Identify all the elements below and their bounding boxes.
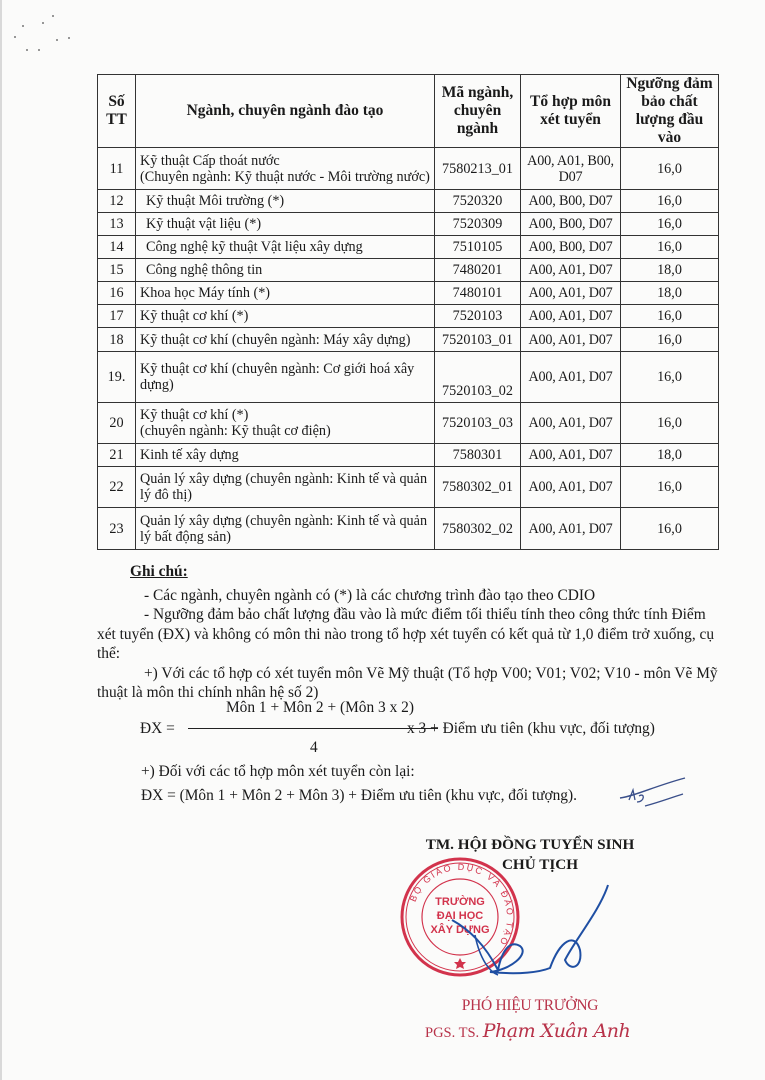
row-combo: A00, A01, D07 [521, 328, 621, 352]
table-row: 15Công nghệ thông tin7480201A00, A01, D0… [98, 259, 719, 282]
row-code: 7480201 [435, 259, 521, 282]
header-major: Ngành, chuyên ngành đào tạo [136, 75, 435, 148]
combo-line1: A00, A01, B00, [527, 153, 614, 169]
row-code: 7580302_01 [435, 467, 521, 508]
row-combo: A00, A01, D07 [521, 259, 621, 282]
row-stt: 14 [98, 236, 136, 259]
row-combo: A00, A01, D07 [521, 467, 621, 508]
row-code: 7520103_01 [435, 328, 521, 352]
formula-art: ĐX = Môn 1 + Môn 2 + (Môn 3 x 2) 4 x 3 +… [140, 699, 700, 759]
row-threshold: 16,0 [621, 305, 719, 328]
row-major: Công nghệ thông tin [136, 259, 435, 282]
row-threshold: 16,0 [621, 190, 719, 213]
notes-section: Ghi chú: - Các ngành, chuyên ngành có (*… [97, 562, 722, 703]
table-row: 14Công nghệ kỹ thuật Vật liệu xây dựng75… [98, 236, 719, 259]
row-code: 7520309 [435, 213, 521, 236]
row-threshold: 16,0 [621, 352, 719, 403]
combo-line2: D07 [559, 169, 583, 185]
row-threshold: 18,0 [621, 282, 719, 305]
row-major: Kỹ thuật cơ khí (chuyên ngành: Cơ giới h… [136, 352, 435, 403]
row-major: Kỹ thuật cơ khí (*) [136, 305, 435, 328]
major-name-line1: Kỹ thuật Môi trường (*) [146, 193, 284, 209]
table-row: 19.Kỹ thuật cơ khí (chuyên ngành: Cơ giớ… [98, 352, 719, 403]
signer-prefix: PGS. TS. [425, 1025, 479, 1041]
combo-line1: A00, A01, D07 [528, 285, 612, 301]
row-code: 7580213_01 [435, 148, 521, 190]
row-threshold: 16,0 [621, 508, 719, 550]
row-stt: 20 [98, 403, 136, 444]
row-major: Công nghệ kỹ thuật Vật liệu xây dựng [136, 236, 435, 259]
row-threshold: 18,0 [621, 444, 719, 467]
row-code: 7520103_03 [435, 403, 521, 444]
row-major: Kinh tế xây dựng [136, 444, 435, 467]
note-case-other: +) Đối với các tổ hợp môn xét tuyển còn … [141, 763, 415, 781]
major-name-line1: Khoa học Máy tính (*) [140, 285, 270, 301]
row-threshold: 18,0 [621, 259, 719, 282]
header-stt: Số TT [98, 75, 136, 148]
signer-position: PHÓ HIỆU TRƯỞNG [380, 997, 680, 1015]
scan-specks [0, 0, 80, 60]
row-code: 7580301 [435, 444, 521, 467]
row-code: 7580302_02 [435, 508, 521, 550]
row-threshold: 16,0 [621, 236, 719, 259]
row-major: Kỹ thuật cơ khí (chuyên ngành: Máy xây d… [136, 328, 435, 352]
row-stt: 22 [98, 467, 136, 508]
row-threshold: 16,0 [621, 148, 719, 190]
table-row: 23Quản lý xây dựng (chuyên ngành: Kinh t… [98, 508, 719, 550]
row-stt: 23 [98, 508, 136, 550]
row-major: Khoa học Máy tính (*) [136, 282, 435, 305]
formula-numerator: Môn 1 + Môn 2 + (Môn 3 x 2) [226, 699, 414, 717]
table-row: 17Kỹ thuật cơ khí (*)7520103A00, A01, D0… [98, 305, 719, 328]
initials-mark [615, 776, 695, 816]
combo-line1: A00, A01, D07 [528, 332, 612, 348]
formula-rhs: x 3 + Điểm ưu tiên (khu vực, đối tượng) [407, 720, 655, 738]
row-code: 7520103 [435, 305, 521, 328]
row-code: 7520320 [435, 190, 521, 213]
combo-line1: A00, A01, D07 [528, 369, 612, 385]
row-combo: A00, A01, D07 [521, 352, 621, 403]
row-threshold: 16,0 [621, 403, 719, 444]
row-stt: 11 [98, 148, 136, 190]
table-row: 20Kỹ thuật cơ khí (*)(chuyên ngành: Kỹ t… [98, 403, 719, 444]
row-major: Kỹ thuật Cấp thoát nước(Chuyên ngành: Kỹ… [136, 148, 435, 190]
major-name-line1: Công nghệ thông tin [146, 262, 262, 278]
row-combo: A00, B00, D07 [521, 190, 621, 213]
row-threshold: 16,0 [621, 328, 719, 352]
council-title: TM. HỘI ĐỒNG TUYỂN SINH [380, 835, 680, 855]
major-name-line1: Quản lý xây dựng (chuyên ngành: Kinh tế … [140, 471, 427, 487]
combo-line1: A00, A01, D07 [528, 521, 612, 537]
combo-line1: A00, A01, D07 [528, 447, 612, 463]
combo-line1: A00, B00, D07 [528, 193, 612, 209]
row-major: Quản lý xây dựng (chuyên ngành: Kinh tế … [136, 508, 435, 550]
row-code: 7520103_02 [435, 352, 521, 403]
notes-title: Ghi chú: [130, 562, 188, 582]
note-threshold: - Ngưỡng đảm bảo chất lượng đầu vào là m… [97, 605, 722, 664]
fraction-bar [188, 728, 438, 729]
major-name-line2: lý bất động sản) [140, 529, 231, 545]
row-stt: 16 [98, 282, 136, 305]
table-row: 18Kỹ thuật cơ khí (chuyên ngành: Máy xây… [98, 328, 719, 352]
row-combo: A00, A01, D07 [521, 403, 621, 444]
table-row: 11Kỹ thuật Cấp thoát nước(Chuyên ngành: … [98, 148, 719, 190]
major-name-line1: Kỹ thuật cơ khí (chuyên ngành: Máy xây d… [140, 332, 411, 348]
row-stt: 21 [98, 444, 136, 467]
signer-name: PGS. TS. Phạm Xuân Anh [425, 1020, 630, 1042]
table-row: 22Quản lý xây dựng (chuyên ngành: Kinh t… [98, 467, 719, 508]
row-combo: A00, A01, D07 [521, 508, 621, 550]
combo-line1: A00, A01, D07 [528, 415, 612, 431]
formula-denominator: 4 [310, 739, 318, 757]
row-combo: A00, A01, B00,D07 [521, 148, 621, 190]
major-name-line2: dựng) [140, 377, 174, 393]
combo-line1: A00, A01, D07 [528, 262, 612, 278]
header-code: Mã ngành, chuyên ngành [435, 75, 521, 148]
handwritten-signature [450, 880, 640, 990]
combo-line1: A00, B00, D07 [528, 216, 612, 232]
row-code: 7480101 [435, 282, 521, 305]
table-row: 12Kỹ thuật Môi trường (*)7520320A00, B00… [98, 190, 719, 213]
row-stt: 12 [98, 190, 136, 213]
row-major: Kỹ thuật Môi trường (*) [136, 190, 435, 213]
formula-other: ĐX = (Môn 1 + Môn 2 + Môn 3) + Điểm ưu t… [141, 787, 577, 805]
table-row: 13Kỹ thuật vật liệu (*)7520309A00, B00, … [98, 213, 719, 236]
combo-line1: A00, A01, D07 [528, 479, 612, 495]
table-row: 16Khoa học Máy tính (*)7480101A00, A01, … [98, 282, 719, 305]
signer-fullname: Phạm Xuân Anh [483, 1020, 630, 1042]
combo-line1: A00, B00, D07 [528, 239, 612, 255]
row-combo: A00, A01, D07 [521, 444, 621, 467]
major-name-line2: (Chuyên ngành: Kỹ thuật nước - Môi trườn… [140, 169, 430, 185]
row-major: Kỹ thuật vật liệu (*) [136, 213, 435, 236]
row-stt: 13 [98, 213, 136, 236]
row-combo: A00, B00, D07 [521, 236, 621, 259]
major-name-line1: Kinh tế xây dựng [140, 447, 239, 463]
row-combo: A00, A01, D07 [521, 305, 621, 328]
admission-table: Số TT Ngành, chuyên ngành đào tạo Mã ngà… [97, 74, 719, 550]
row-stt: 19. [98, 352, 136, 403]
table-header-row: Số TT Ngành, chuyên ngành đào tạo Mã ngà… [98, 75, 719, 148]
page-edge [0, 0, 2, 1080]
table-row: 21Kinh tế xây dựng7580301A00, A01, D0718… [98, 444, 719, 467]
combo-line1: A00, A01, D07 [528, 308, 612, 324]
row-stt: 18 [98, 328, 136, 352]
major-name-line1: Kỹ thuật cơ khí (*) [140, 308, 248, 324]
row-threshold: 16,0 [621, 213, 719, 236]
major-name-line1: Kỹ thuật cơ khí (chuyên ngành: Cơ giới h… [140, 361, 414, 377]
major-name-line2: (chuyên ngành: Kỹ thuật cơ điện) [140, 423, 331, 439]
formula-lhs: ĐX = [140, 720, 175, 738]
major-name-line2: lý đô thị) [140, 487, 192, 503]
row-stt: 17 [98, 305, 136, 328]
major-name-line1: Công nghệ kỹ thuật Vật liệu xây dựng [146, 239, 363, 255]
row-stt: 15 [98, 259, 136, 282]
row-threshold: 16,0 [621, 467, 719, 508]
note-case-art: +) Với các tổ hợp có xét tuyển môn Vẽ Mỹ… [97, 664, 722, 703]
header-combo: Tổ hợp môn xét tuyển [521, 75, 621, 148]
row-major: Kỹ thuật cơ khí (*)(chuyên ngành: Kỹ thu… [136, 403, 435, 444]
major-name-line1: Quản lý xây dựng (chuyên ngành: Kinh tế … [140, 513, 427, 529]
major-name-line1: Kỹ thuật cơ khí (*) [140, 407, 248, 423]
row-combo: A00, A01, D07 [521, 282, 621, 305]
header-threshold: Ngưỡng đảm bảo chất lượng đầu vào [621, 75, 719, 148]
major-name-line1: Kỹ thuật vật liệu (*) [146, 216, 261, 232]
note-cdio: - Các ngành, chuyên ngành có (*) là các … [97, 586, 722, 606]
row-code: 7510105 [435, 236, 521, 259]
major-name-line1: Kỹ thuật Cấp thoát nước [140, 153, 280, 169]
row-major: Quản lý xây dựng (chuyên ngành: Kinh tế … [136, 467, 435, 508]
row-combo: A00, B00, D07 [521, 213, 621, 236]
